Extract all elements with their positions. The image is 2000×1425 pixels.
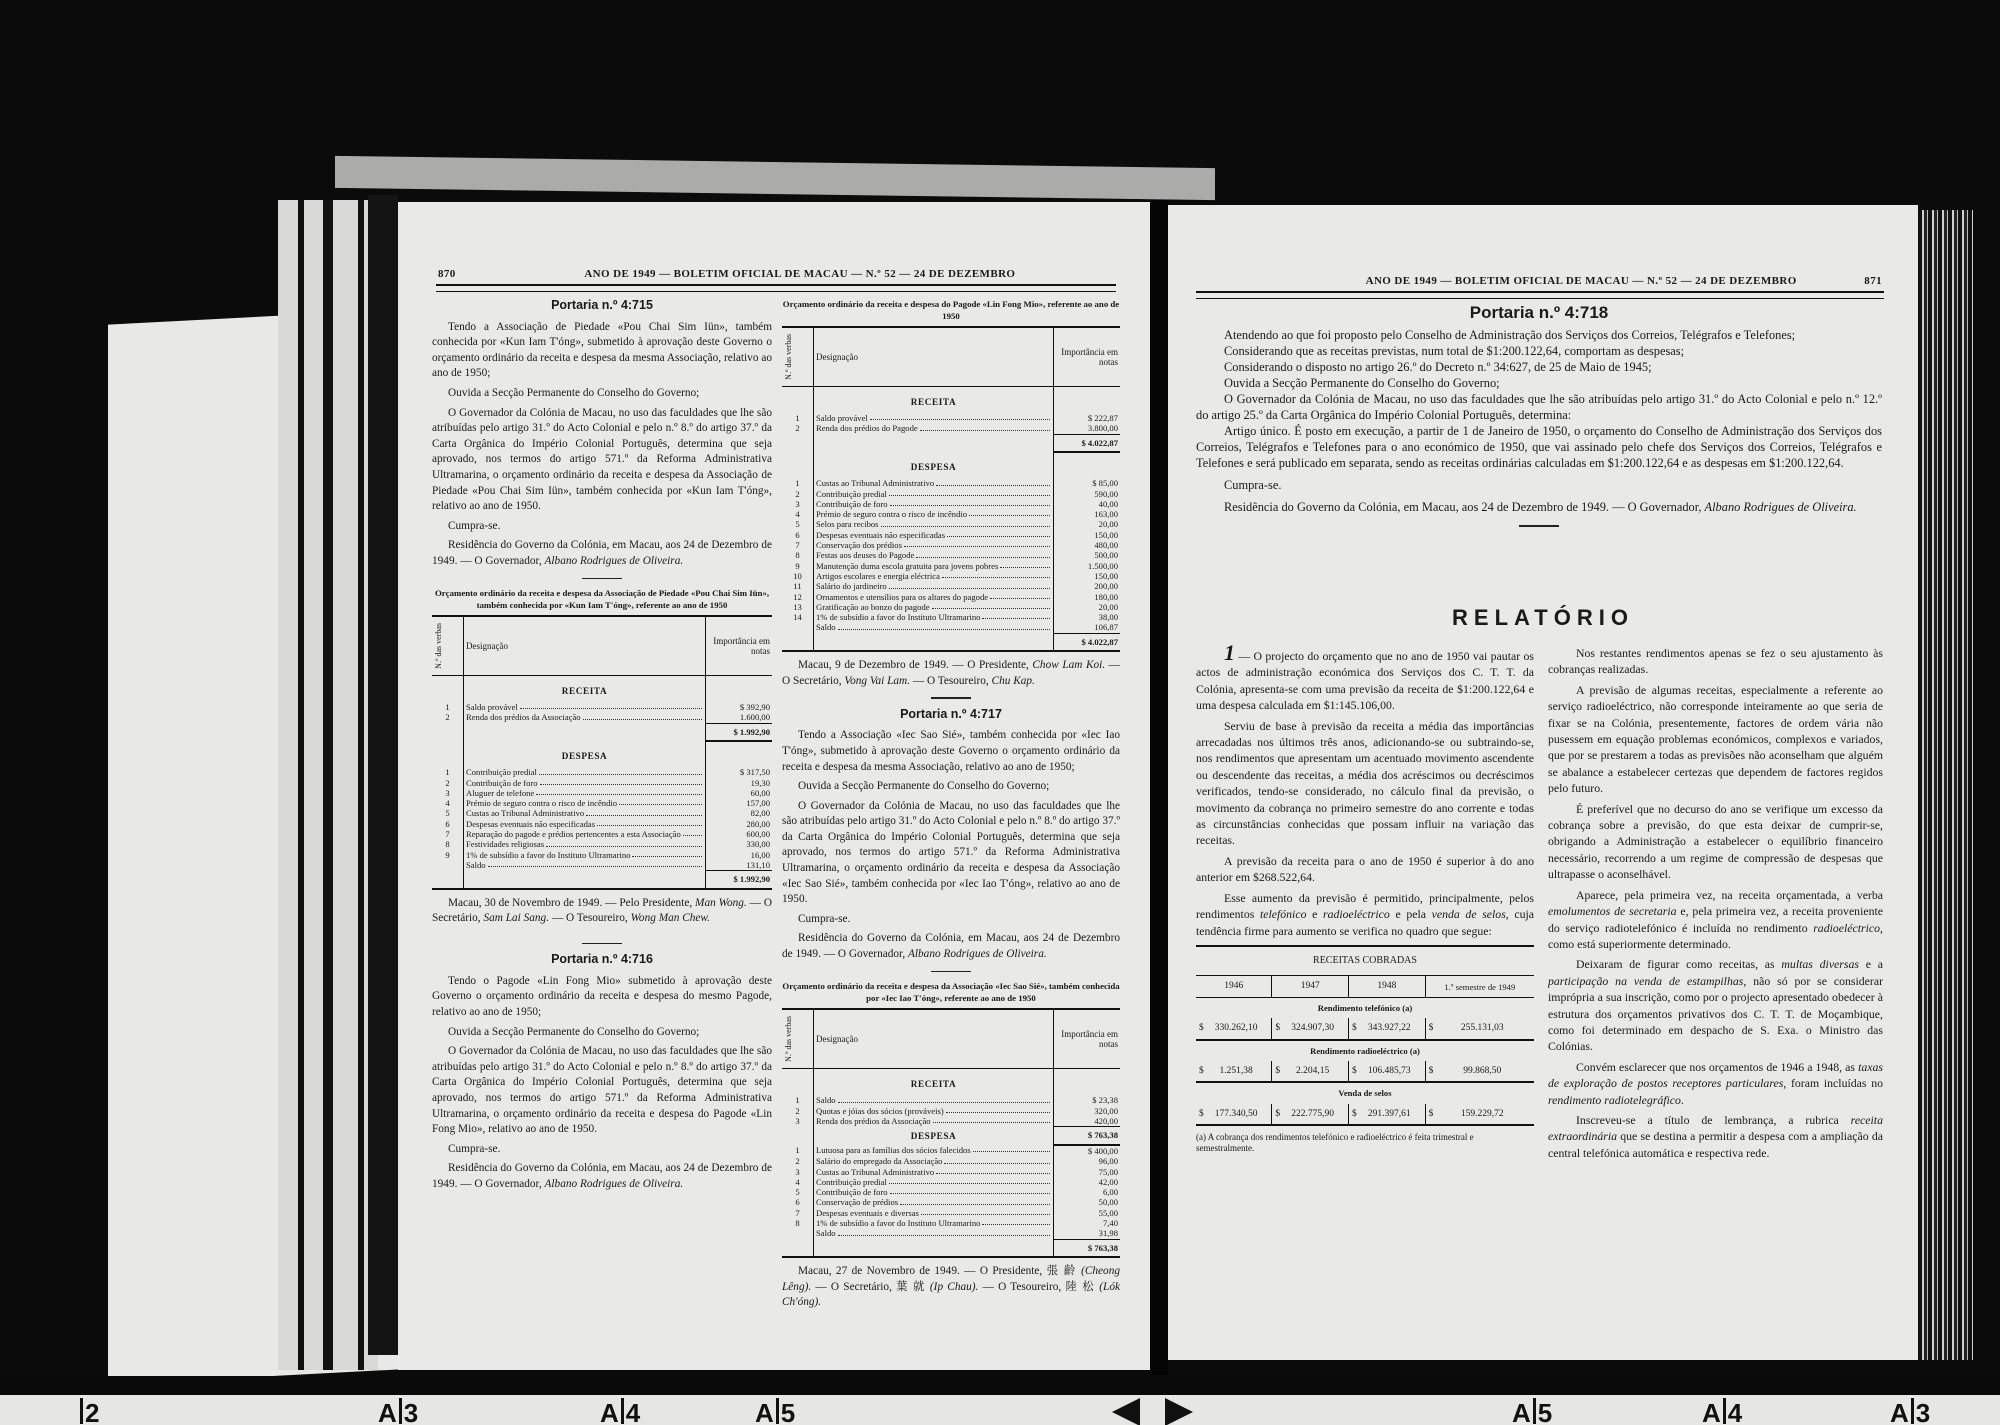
table-row: Saldo106,87 <box>782 622 1120 633</box>
budget-table-iec-sao: N.º das verbasDesignaçãoImportância em n… <box>782 1008 1120 1258</box>
stacked-pages-edge <box>278 200 378 1370</box>
film-arrow-right-icon <box>1165 1398 1193 1425</box>
table-row: 8Festividades religiosas330,00 <box>432 839 772 849</box>
budget-table-pou-chai: N.º das verbasDesignaçãoImportância em n… <box>432 615 772 890</box>
table-row: 5Selos para recibos20,00 <box>782 519 1120 529</box>
paragraph: Ouvida a Secção Permanente do Conselho d… <box>1196 375 1882 391</box>
relatorio-left-column: 1 — O projecto do orçamento que no ano d… <box>1196 645 1534 1154</box>
page-stack-edge-right <box>1918 210 1973 1360</box>
portaria-title: Portaria n.º 4:717 <box>782 707 1120 723</box>
table-title: RECEITAS COBRADAS <box>1196 953 1534 969</box>
binding-edge-left <box>368 195 398 1355</box>
paragraph: Cumpra-se. <box>1196 477 1882 493</box>
table-row: 13Gratificação ao bonzo do pagode20,00 <box>782 602 1120 612</box>
divider <box>582 578 622 580</box>
signature-block: Macau, 9 de Dezembro de 1949. — O Presid… <box>782 658 1120 689</box>
table-row: 2Quotas e jóias dos sócios (prováveis)32… <box>782 1106 1120 1116</box>
frame-mark: A5 <box>1512 1398 1552 1425</box>
paragraph: Ouvida a Secção Permanente do Conselho d… <box>432 386 772 402</box>
paragraph: O Governador da Colónia de Macau, no uso… <box>432 1044 772 1138</box>
table-row: 6Despesas eventuais não especificadas280… <box>432 819 772 829</box>
table-row: 6Conservação de prédios50,00 <box>782 1197 1120 1207</box>
right-page: ANO DE 1949 — BOLETIM OFICIAL DE MACAU —… <box>1168 205 1918 1360</box>
header-rule <box>436 284 1116 292</box>
table-row: 1Custas ao Tribunal Administrativo$ 85,0… <box>782 478 1120 488</box>
paragraph: Ouvida a Secção Permanente do Conselho d… <box>782 779 1120 795</box>
header-rule <box>1196 291 1884 299</box>
table-row: 7Conservação dos prédios480,00 <box>782 540 1120 550</box>
frame-mark: A5 <box>755 1398 795 1425</box>
table-row: $1.251,38$2.204,15$106.485,73$99.868,50 <box>1196 1061 1534 1082</box>
receitas-cobradas-table: RECEITAS COBRADAS 1946 1947 1948 1.º sem… <box>1196 945 1534 1154</box>
right-column: Orçamento ordinário da receita e despesa… <box>782 294 1120 1317</box>
table-row: 2Renda dos prédios do Pagode3.800,00 <box>782 423 1120 434</box>
paragraph: A previsão de algumas receitas, especial… <box>1548 682 1883 797</box>
page-number: 870 <box>438 268 456 280</box>
running-head-title: ANO DE 1949 — BOLETIM OFICIAL DE MACAU —… <box>1366 275 1797 287</box>
table-row: Saldo131,10 <box>432 860 772 871</box>
divider <box>582 943 622 945</box>
table-row: 4Prémio de seguro contra o risco de incê… <box>432 798 772 808</box>
paragraph: Considerando o disposto no artigo 26.º d… <box>1196 359 1882 375</box>
table-row: 1Saldo provável$ 222,87 <box>782 413 1120 423</box>
signature-block: Macau, 27 de Novembro de 1949. — O Presi… <box>782 1264 1120 1311</box>
left-column: Portaria n.º 4:715 Tendo a Associação de… <box>432 294 772 1197</box>
table-row: 4Contribuição predial42,00 <box>782 1177 1120 1187</box>
table-row: 3Renda dos prédios da Associação420,00 <box>782 1116 1120 1127</box>
book-gutter <box>1150 200 1168 1375</box>
film-strip <box>0 1395 2000 1425</box>
paragraph: Considerando que as receitas previstas, … <box>1196 343 1882 359</box>
table-row: 4Prémio de seguro contra o risco de incê… <box>782 509 1120 519</box>
group-label: Rendimento radioeléctrico (a) <box>1196 1040 1534 1061</box>
paragraph: Artigo único. É posto em execução, a par… <box>1196 423 1882 471</box>
paragraph: Cumpra-se. <box>782 912 1120 928</box>
table-row: 10Artigos escolares e energia eléctrica1… <box>782 571 1120 581</box>
paragraph: Ouvida a Secção Permanente do Conselho d… <box>432 1025 772 1041</box>
table-row: 3Contribuição de foro40,00 <box>782 499 1120 509</box>
frame-mark: 2 <box>78 1398 99 1425</box>
table-row: 7Despesas eventuais e diversas55,00 <box>782 1208 1120 1218</box>
running-head-title: ANO DE 1949 — BOLETIM OFICIAL DE MACAU —… <box>584 268 1015 280</box>
paragraph: Inscreveu-se a título de lembrança, a ru… <box>1548 1112 1883 1161</box>
paragraph: 1 — O projecto do orçamento que no ano d… <box>1196 645 1534 714</box>
relatorio-right-column: Nos restantes rendimentos apenas se fez … <box>1548 645 1883 1161</box>
budget-table-lin-fong: N.º das verbasDesignaçãoImportância em n… <box>782 326 1120 652</box>
frame-mark: A4 <box>1702 1398 1742 1425</box>
divider <box>1519 525 1559 527</box>
paragraph: Atendendo ao que foi proposto pelo Conse… <box>1196 327 1882 343</box>
left-page: 870 ANO DE 1949 — BOLETIM OFICIAL DE MAC… <box>398 202 1150 1370</box>
table-row: 9Manutenção duma escola gratuita para jo… <box>782 561 1120 571</box>
table-row: 12Ornamentos e utensílios para os altare… <box>782 592 1120 602</box>
paragraph: Cumpra-se. <box>432 519 772 535</box>
table-row: 5Custas ao Tribunal Administrativo82,00 <box>432 808 772 818</box>
running-head: 870 ANO DE 1949 — BOLETIM OFICIAL DE MAC… <box>438 268 1114 280</box>
paragraph: Deixaram de figurar como receitas, as mu… <box>1548 956 1883 1054</box>
table-row: 141% de subsídio a favor do Instituto Ul… <box>782 612 1120 622</box>
table-row: 2Contribuição de foro19,30 <box>432 778 772 788</box>
paragraph: Cumpra-se. <box>432 1142 772 1158</box>
table-caption: Orçamento ordinário da receita e despesa… <box>782 298 1120 322</box>
signature-block: Macau, 30 de Novembro de 1949. — Pelo Pr… <box>432 896 772 927</box>
paragraph: Serviu de base à previsão da receita a m… <box>1196 718 1534 849</box>
running-head: ANO DE 1949 — BOLETIM OFICIAL DE MACAU —… <box>1208 275 1882 287</box>
portaria-4718: Portaria n.º 4:718 Atendendo ao que foi … <box>1196 301 1882 535</box>
table-row: 2Contribuição predial590,00 <box>782 489 1120 499</box>
table-row: 2Salário do empregado da Associação96,00 <box>782 1156 1120 1166</box>
frame-mark: A3 <box>1890 1398 1930 1425</box>
paragraph: O Governador da Colónia de Macau, no uso… <box>782 799 1120 908</box>
paragraph: Tendo a Associação de Piedade «Pou Chai … <box>432 320 772 382</box>
signature-line: Residência do Governo da Colónia, em Mac… <box>1196 499 1882 515</box>
table-row: 1Contribuição predial$ 317,50 <box>432 767 772 777</box>
table-caption: Orçamento ordinário da receita e despesa… <box>432 587 772 611</box>
paragraph: O Governador da Colónia de Macau, no uso… <box>432 406 772 515</box>
paragraph: O Governador da Colónia de Macau, no uso… <box>1196 391 1882 423</box>
table-row: 81% de subsídio a favor do Instituto Ult… <box>782 1218 1120 1228</box>
divider <box>931 697 971 699</box>
portaria-title: Portaria n.º 4:716 <box>432 952 772 968</box>
table-row: $330.262,10$324.907,30$343.927,22$255.13… <box>1196 1018 1534 1039</box>
table-row: Saldo31,98 <box>782 1228 1120 1239</box>
signature-line: Residência do Governo da Colónia, em Mac… <box>782 931 1120 962</box>
paragraph: Tendo o Pagode «Lin Fong Mio» submetido … <box>432 974 772 1021</box>
portaria-title: Portaria n.º 4:715 <box>432 298 772 314</box>
group-label: Venda de selos <box>1196 1082 1534 1103</box>
divider <box>931 971 971 973</box>
table-row: 8Festas aos deuses do Pagode500,00 <box>782 550 1120 560</box>
frame-mark: A4 <box>600 1398 640 1425</box>
paragraph: Esse aumento da previsão é permitido, pr… <box>1196 890 1534 939</box>
table-row: 7Reparação do pagode e prédios pertencen… <box>432 829 772 839</box>
table-row: 5Contribuição de foro6,00 <box>782 1187 1120 1197</box>
table-row: 91% de subsídio a favor do Instituto Ult… <box>432 850 772 860</box>
group-label: Rendimento telefónico (a) <box>1196 997 1534 1018</box>
paragraph: Convém esclarecer que nos orçamentos de … <box>1548 1059 1883 1108</box>
paragraph: É preferível que no decurso do ano se ve… <box>1548 801 1883 883</box>
frame-mark: A3 <box>378 1398 418 1425</box>
signature-line: Residência do Governo da Colónia, em Mac… <box>432 1161 772 1192</box>
table-caption: Orçamento ordinário da receita e despesa… <box>782 980 1120 1004</box>
table-row: 11Salário do jardineiro200,00 <box>782 581 1120 591</box>
signature-line: Residência do Governo da Colónia, em Mac… <box>432 538 772 569</box>
paragraph: Nos restantes rendimentos apenas se fez … <box>1548 645 1883 678</box>
table-row: $177.340,50$222.775,90$291.397,61$159.22… <box>1196 1104 1534 1125</box>
table-row: 1Saldo$ 23,38 <box>782 1095 1120 1105</box>
footnote: (a) A cobrança dos rendimentos telefónic… <box>1196 1132 1534 1154</box>
table-row: 6Despesas eventuais não especificadas150… <box>782 530 1120 540</box>
relatorio-title: RELATÓRIO <box>1168 605 1918 631</box>
table-row: 3Custas ao Tribunal Administrativo75,00 <box>782 1167 1120 1177</box>
paragraph: Aparece, pela primeira vez, na receita o… <box>1548 887 1883 953</box>
table-row: 1Saldo provável$ 392,90 <box>432 702 772 712</box>
table-row: 1Lutuosa para as famílias dos sócios fal… <box>782 1145 1120 1156</box>
page-number: 871 <box>1864 275 1882 287</box>
portaria-title: Portaria n.º 4:718 <box>1196 305 1882 321</box>
paragraph: A previsão da receita para o ano de 1950… <box>1196 853 1534 886</box>
paragraph: Tendo a Associação «Iec Sao Sié», também… <box>782 728 1120 775</box>
table-row: 3Aluguer de telefone60,00 <box>432 788 772 798</box>
table-row: 2Renda dos prédios da Associação1.600,00 <box>432 712 772 723</box>
film-arrow-left-icon <box>1112 1398 1140 1425</box>
